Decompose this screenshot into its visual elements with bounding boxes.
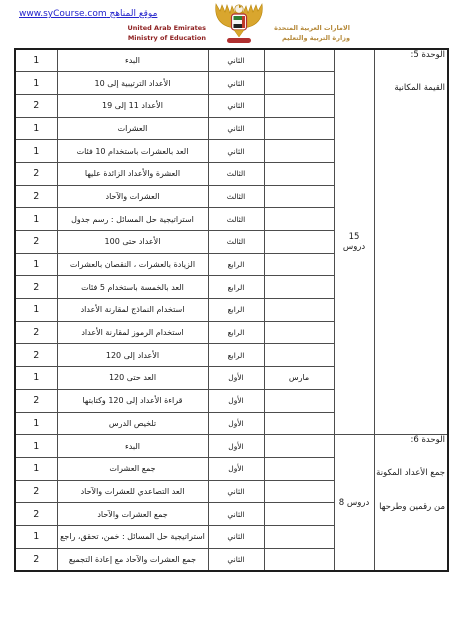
month-cell — [264, 525, 334, 548]
week-cell: الأول — [208, 435, 264, 458]
month-cell — [264, 321, 334, 344]
unit-title-cell: الوحدة 6:جمع الأعداد المكونةمن رقمين وطر… — [374, 435, 448, 571]
ministry-en-line1: United Arab Emirates — [118, 23, 206, 33]
lesson-name-cell: الأعداد إلى 120 — [57, 344, 208, 367]
month-cell — [264, 253, 334, 276]
periods-count-cell: 1 — [15, 367, 57, 390]
week-cell: الثاني — [208, 72, 264, 95]
curriculum-plan-table: الوحدة 5:القيمة المكانية15 دروسالثانيالب… — [14, 48, 447, 572]
month-cell — [264, 480, 334, 503]
month-cell — [264, 435, 334, 458]
week-cell: الأول — [208, 457, 264, 480]
periods-count-cell: 2 — [15, 276, 57, 299]
week-cell: الثالث — [208, 185, 264, 208]
unit-subtitle: جمع الأعداد المكونة — [377, 468, 446, 478]
periods-count-cell: 1 — [15, 253, 57, 276]
periods-count-cell: 2 — [15, 231, 57, 254]
week-cell: الأول — [208, 412, 264, 435]
lesson-name-cell: الزيادة بالعشرات ، النقصان بالعشرات — [57, 253, 208, 276]
week-cell: الثاني — [208, 525, 264, 548]
week-cell: الرابع — [208, 321, 264, 344]
periods-count-cell: 1 — [15, 435, 57, 458]
unit-subtitle: القيمة المكانية — [377, 83, 446, 93]
month-cell — [264, 299, 334, 322]
week-cell: الثاني — [208, 548, 264, 571]
week-cell: الرابع — [208, 253, 264, 276]
lesson-name-cell: العشرات والآحاد — [57, 185, 208, 208]
periods-count-cell: 1 — [15, 208, 57, 231]
week-cell: الثاني — [208, 49, 264, 72]
document-page: موقع المناهج www.syCourse.com United Ara… — [0, 0, 453, 640]
lesson-name-cell: جمع العشرات والآحاد — [57, 503, 208, 526]
unit-title-cell: الوحدة 5:القيمة المكانية — [374, 49, 448, 435]
lesson-name-cell: العد حتى 120 — [57, 367, 208, 390]
periods-count-cell: 1 — [15, 457, 57, 480]
periods-count-cell: 2 — [15, 94, 57, 117]
ministry-ar-line2: وزارة التربية والتعليم — [272, 33, 350, 43]
month-cell — [264, 344, 334, 367]
periods-count-cell: 1 — [15, 140, 57, 163]
sycourse-link[interactable]: موقع المناهج www.syCourse.com — [19, 9, 157, 19]
ministry-name-arabic: الامارات العربية المتحدة وزارة التربية و… — [272, 23, 350, 44]
lesson-name-cell: قراءة الأعداد إلى 120 وكتابتها — [57, 389, 208, 412]
week-cell: الرابع — [208, 344, 264, 367]
month-cell — [264, 185, 334, 208]
periods-count-cell: 2 — [15, 162, 57, 185]
month-cell — [264, 140, 334, 163]
week-cell: الأول — [208, 389, 264, 412]
table-row: الوحدة 5:القيمة المكانية15 دروسالثانيالب… — [15, 49, 448, 72]
lesson-name-cell: استخدام النماذج لمقارنة الأعداد — [57, 299, 208, 322]
periods-count-cell: 1 — [15, 72, 57, 95]
month-cell — [264, 49, 334, 72]
week-cell: الرابع — [208, 299, 264, 322]
lesson-name-cell: البدء — [57, 49, 208, 72]
month-cell — [264, 548, 334, 571]
lesson-name-cell: البدء — [57, 435, 208, 458]
unit-title: الوحدة 6: — [377, 435, 446, 445]
month-cell — [264, 231, 334, 254]
periods-count-cell: 2 — [15, 185, 57, 208]
uae-falcon-emblem-icon — [209, 1, 269, 45]
week-cell: الثاني — [208, 117, 264, 140]
lesson-name-cell: استراتيجية حل المسائل : رسم جدول — [57, 208, 208, 231]
periods-count-cell: 2 — [15, 389, 57, 412]
month-cell: مارس — [264, 367, 334, 390]
lessons-count-cell: 8 دروس — [334, 435, 374, 571]
week-cell: الثالث — [208, 231, 264, 254]
lessons-count-cell: 15 دروس — [334, 49, 374, 435]
week-cell: الثاني — [208, 94, 264, 117]
month-cell — [264, 276, 334, 299]
month-cell — [264, 94, 334, 117]
month-cell — [264, 117, 334, 140]
periods-count-cell: 2 — [15, 480, 57, 503]
periods-count-cell: 1 — [15, 412, 57, 435]
month-cell — [264, 389, 334, 412]
week-cell: الأول — [208, 367, 264, 390]
lesson-name-cell: جمع العشرات والآحاد مع إعادة التجميع — [57, 548, 208, 571]
lesson-name-cell: الأعداد 11 إلى 19 — [57, 94, 208, 117]
ministry-ar-line1: الامارات العربية المتحدة — [272, 23, 350, 33]
unit-subtitle: من رقمين وطرحها — [377, 502, 446, 512]
lesson-name-cell: العد بالعشرات باستخدام 10 فئات — [57, 140, 208, 163]
periods-count-cell: 1 — [15, 299, 57, 322]
week-cell: الثاني — [208, 140, 264, 163]
week-cell: الثاني — [208, 480, 264, 503]
periods-count-cell: 1 — [15, 49, 57, 72]
month-cell — [264, 503, 334, 526]
lesson-name-cell: العد التصاعدي للعشرات والآحاد — [57, 480, 208, 503]
periods-count-cell: 2 — [15, 321, 57, 344]
periods-count-cell: 2 — [15, 503, 57, 526]
week-cell: الثالث — [208, 162, 264, 185]
ministry-en-line2: Ministry of Education — [118, 33, 206, 43]
periods-count-cell: 2 — [15, 344, 57, 367]
lesson-name-cell: الأعداد الترتيبية إلى 10 — [57, 72, 208, 95]
table-row: الوحدة 6:جمع الأعداد المكونةمن رقمين وطر… — [15, 435, 448, 458]
month-cell — [264, 162, 334, 185]
lesson-name-cell: تلخيص الدرس — [57, 412, 208, 435]
unit-title: الوحدة 5: — [377, 50, 446, 60]
month-cell — [264, 412, 334, 435]
lesson-name-cell: العد بالخمسة باستخدام 5 فئات — [57, 276, 208, 299]
lesson-name-cell: جمع العشرات — [57, 457, 208, 480]
periods-count-cell: 1 — [15, 525, 57, 548]
ministry-name-english: United Arab Emirates Ministry of Educati… — [118, 23, 206, 43]
lesson-name-cell: الأعداد حتى 100 — [57, 231, 208, 254]
week-cell: الرابع — [208, 276, 264, 299]
month-cell — [264, 208, 334, 231]
periods-count-cell: 2 — [15, 548, 57, 571]
week-cell: الثاني — [208, 503, 264, 526]
month-cell — [264, 72, 334, 95]
week-cell: الثالث — [208, 208, 264, 231]
lesson-name-cell: استراتيجية حل المسائل : خمن، تحقق، راجع — [57, 525, 208, 548]
lesson-name-cell: استخدام الرموز لمقارنة الأعداد — [57, 321, 208, 344]
lesson-name-cell: العشرات — [57, 117, 208, 140]
month-cell — [264, 457, 334, 480]
periods-count-cell: 1 — [15, 117, 57, 140]
lesson-name-cell: العشرة والأعداد الزائدة عليها — [57, 162, 208, 185]
schedule-body: الوحدة 5:القيمة المكانية15 دروسالثانيالب… — [15, 49, 448, 571]
